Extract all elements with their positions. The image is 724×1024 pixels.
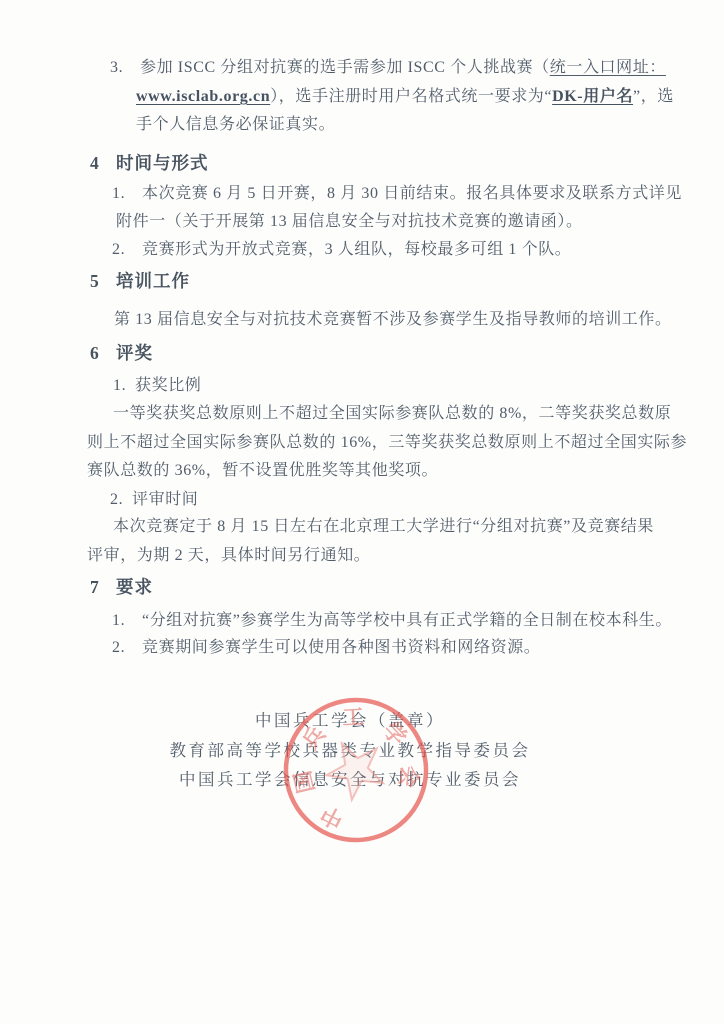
section4-item1-line2: 附件一（关于开展第 13 届信息安全与对抗技术竞赛的邀请函）。 [116,212,583,232]
seal-char: 中 [316,800,347,833]
section5-body: 第 13 届信息安全与对抗技术竞赛暂不涉及参赛学生及指导教师的培训工作。 [114,310,672,330]
intro-item-line2: www.isclab.org.cn），选手注册时用户名格式统一要求为“DK-用户… [136,87,674,107]
list-number: 2. [112,240,142,260]
intro-item-line1: 3.参加 ISCC 分组对抗赛的选手需参加 ISCC 个人挑战赛（统一入口网址： [110,58,666,78]
intro-text: ”，选 [633,88,674,105]
section-number: 4 [90,152,116,174]
section4-item1-line1: 1.本次竞赛 6 月 5 日开赛，8 月 30 日前结束。报名具体要求及联系方式… [112,184,682,204]
section-6-heading: 6评奖 [90,342,153,364]
section-title: 时间与形式 [116,153,209,173]
signature-org-2: 教育部高等学校兵器类专业教学指导委员会 [85,737,615,761]
scanned-document-page: 3.参加 ISCC 分组对抗赛的选手需参加 ISCC 个人挑战赛（统一入口网址：… [0,0,724,1024]
section-5-heading: 5培训工作 [90,270,190,292]
section7-item2: 2.竞赛期间参赛学生可以使用各种图书资料和网络资源。 [112,638,540,658]
section-title: 评奖 [116,343,153,363]
section-title: 要求 [116,577,153,597]
body-text: 竞赛期间参赛学生可以使用各种图书资料和网络资源。 [142,639,540,656]
list-number: 1. [113,376,135,396]
section-number: 7 [90,576,116,598]
award-ratio-line1: 一等奖获奖总数原则上不超过全国实际参赛队总数的 8%，二等奖获奖总数原 [113,404,671,424]
award-ratio-line2: 则上不超过全国实际参赛队总数的 16%，三等奖获奖总数原则上不超过全国实际参 [87,433,687,453]
section-number: 5 [90,270,116,292]
body-text: 评审时间 [132,491,198,508]
section-number: 6 [90,342,116,364]
section4-item2: 2.竞赛形式为开放式竞赛，3 人组队，每校最多可组 1 个队。 [112,240,571,260]
list-number: 1. [112,611,142,631]
body-text: “分组对抗赛”参赛学生为高等学校中具有正式学籍的全日制在校本科生。 [142,612,672,629]
list-number: 2. [110,490,132,510]
signature-org-3: 中国兵工学会信息安全与对抗专业委员会 [85,766,615,790]
award-ratio-line3: 赛队总数的 36%，暂不设置优胜奖等其他奖项。 [87,461,438,481]
section-4-heading: 4时间与形式 [90,152,209,174]
intro-text: 参加 ISCC 分组对抗赛的选手需参加 ISCC 个人挑战赛（ [140,59,550,76]
section-title: 培训工作 [116,271,190,291]
body-text: 获奖比例 [135,377,201,394]
review-line1: 本次竞赛定于 8 月 15 日左右在北京理工大学进行“分组对抗赛”及竞赛结果 [113,517,654,537]
username-format: DK-用户名 [552,88,633,105]
review-line2: 评审，为期 2 天，具体时间另行通知。 [87,546,370,566]
body-text: 本次竞赛 6 月 5 日开赛，8 月 30 日前结束。报名具体要求及联系方式详见 [142,185,682,202]
signature-org-1: 中国兵工学会（盖章） [85,707,615,731]
section6-item2: 2.评审时间 [110,490,198,510]
portal-url: www.isclab.org.cn [136,88,270,105]
section6-item1: 1.获奖比例 [113,376,201,396]
list-number: 3. [110,58,140,78]
intro-item-line3: 手个人信息务必保证真实。 [136,115,335,135]
section-7-heading: 7要求 [90,576,153,598]
body-text: 竞赛形式为开放式竞赛，3 人组队，每校最多可组 1 个队。 [142,241,571,258]
list-number: 1. [112,184,142,204]
list-number: 2. [112,638,142,658]
intro-text: ），选手注册时用户名格式统一要求为“ [270,88,552,105]
section7-item1: 1.“分组对抗赛”参赛学生为高等学校中具有正式学籍的全日制在校本科生。 [112,611,672,631]
portal-label-underlined: 统一入口网址： [550,59,666,76]
